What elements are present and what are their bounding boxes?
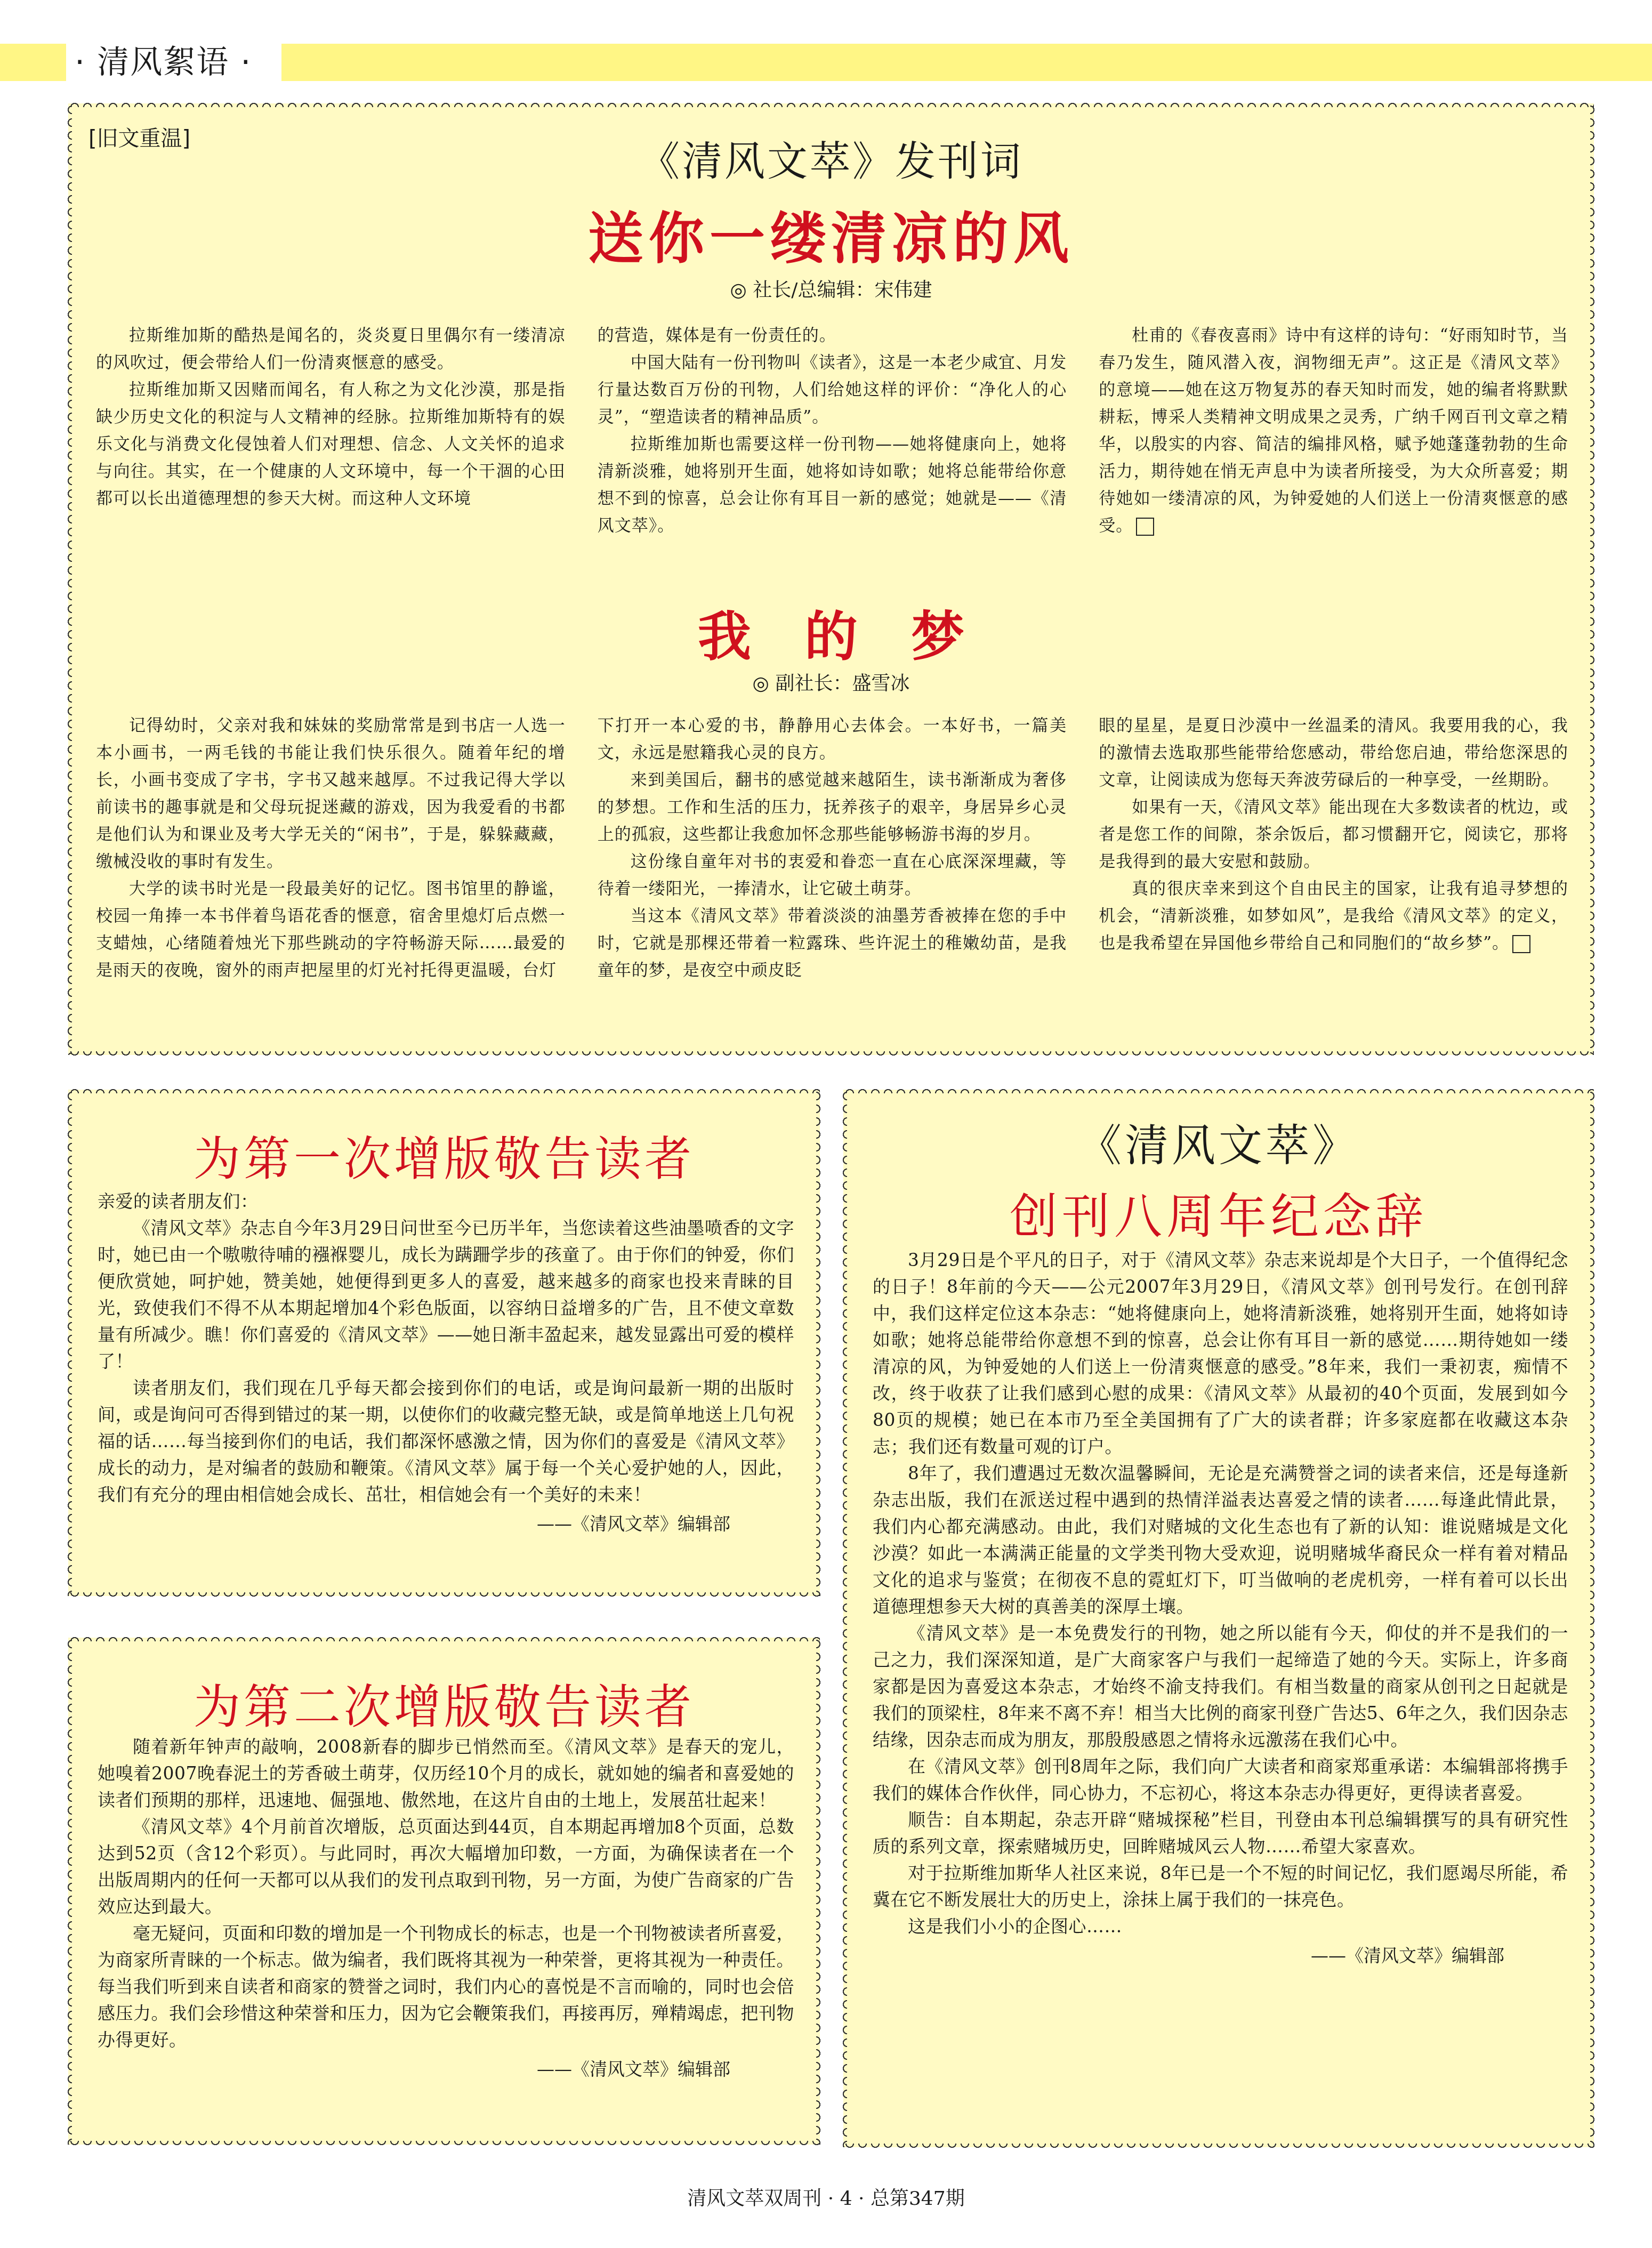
article1-body: 拉斯维加斯的酷热是闻名的，炎炎夏日里偶尔有一缕清凉的风吹过，便会带给人们一份清爽… xyxy=(96,322,1568,539)
section-label: · 清风絮语 · xyxy=(75,42,252,83)
paragraph: 3月29日是个平凡的日子，对于《清风文萃》杂志来说却是个大日子，一个值得纪念的日… xyxy=(873,1247,1568,1460)
paragraph: 在《清风文萃》创刊8周年之际，我们向广大读者和商家郑重承诺：本编辑部将携手我们的… xyxy=(873,1753,1568,1807)
paragraph: 读者朋友们，我们现在几乎每天都会接到你们的电话，或是询问最新一期的出版时间，或是… xyxy=(98,1375,794,1508)
article2-column-2: 下打开一本心爱的书，静静用心去体会。一本好书，一篇美文，永远是慰籍我心灵的良方。… xyxy=(598,712,1067,984)
paragraph: 拉斯维加斯又因赌而闻名，有人称之为文化沙漠，那是指缺少历史文化的积淀与人文精神的… xyxy=(96,376,566,512)
signature: ——《清风文萃》编辑部 xyxy=(98,2053,794,2085)
paragraph: 8年了，我们遭遇过无数次温馨瞬间，无论是充满赞誉之词的读者来信，还是每逢新杂志出… xyxy=(873,1460,1568,1620)
paragraph: 这是我们小小的企图心…… xyxy=(873,1913,1568,1940)
paragraph: 《清风文萃》是一本免费发行的刊物，她之所以能有今天，仰仗的并不是我们的一己之力，… xyxy=(873,1620,1568,1753)
paragraph: 拉斯维加斯的酷热是闻名的，炎炎夏日里偶尔有一缕清凉的风吹过，便会带给人们一份清爽… xyxy=(96,322,566,376)
anniversary-panel: 《清风文萃》 创刊八周年纪念辞 3月29日是个平凡的日子，对于《清风文萃》杂志来… xyxy=(843,1090,1594,2147)
paragraph: 拉斯维加斯也需要这样一份刊物——她将健康向上，她将清新淡雅，她将别开生面，她将如… xyxy=(598,431,1067,539)
second-notice-body: 随着新年钟声的敲响，2008新春的脚步已悄然而至。《清风文萃》是春天的宠儿，她嗅… xyxy=(98,1734,794,2085)
second-notice-title: 为第二次增版敬告读者 xyxy=(68,1670,820,1737)
article1-title: 送你一缕清凉的风 xyxy=(68,194,1594,274)
paragraph: 随着新年钟声的敲响，2008新春的脚步已悄然而至。《清风文萃》是春天的宠儿，她嗅… xyxy=(98,1734,794,1814)
article1-kicker: 《清风文萃》发刊词 xyxy=(68,129,1594,187)
first-notice-body: 亲爱的读者朋友们： 《清风文萃》杂志自今年3月29日问世至今已历半年，当您读着这… xyxy=(98,1188,794,1540)
article2-title: 我 的 梦 xyxy=(68,594,1594,671)
paragraph: 真的很庆幸来到这个自由民主的国家，让我有追寻梦想的机会，“清新淡雅，如梦如风”，… xyxy=(1099,875,1568,957)
paragraph: 记得幼时，父亲对我和妹妹的奖励常常是到书店一人选一本小画书，一两毛钱的书能让我们… xyxy=(96,712,566,875)
article2-body: 记得幼时，父亲对我和妹妹的奖励常常是到书店一人选一本小画书，一两毛钱的书能让我们… xyxy=(96,712,1568,984)
paragraph: 来到美国后，翻书的感觉越来越陌生，读书渐渐成为奢侈的梦想。工作和生活的压力，抚养… xyxy=(598,767,1067,848)
paragraph-text: 真的很庆幸来到这个自由民主的国家，让我有追寻梦想的机会，“清新淡雅，如梦如风”，… xyxy=(1099,879,1568,953)
article2-byline: ◎ 副社长：盛雪冰 xyxy=(68,668,1594,696)
end-mark-icon xyxy=(1512,935,1530,953)
wavy-border-left xyxy=(840,1090,847,2147)
paragraph: 杜甫的《春夜喜雨》诗中有这样的诗句：“好雨知时节，当春乃发生，随风潜入夜，润物细… xyxy=(1099,322,1568,539)
anniversary-kicker: 《清风文萃》 xyxy=(843,1111,1594,1173)
anniversary-body: 3月29日是个平凡的日子，对于《清风文萃》杂志来说却是个大日子，一个值得纪念的日… xyxy=(873,1247,1568,1972)
paragraph: 大学的读书时光是一段最美好的记忆。图书馆里的静谧，校园一角捧一本书伴着鸟语花香的… xyxy=(96,875,566,984)
paragraph: 毫无疑问，页面和印数的增加是一个刊物成长的标志，也是一个刊物被读者所喜爱，为商家… xyxy=(98,1920,794,2053)
article1-column-1: 拉斯维加斯的酷热是闻名的，炎炎夏日里偶尔有一缕清凉的风吹过，便会带给人们一份清爽… xyxy=(96,322,566,539)
first-notice-title: 为第一次增版敬告读者 xyxy=(68,1122,820,1189)
paragraph: 当这本《清风文萃》带着淡淡的油墨芳香被捧在您的手中时，它就是那棵还带着一粒露珠、… xyxy=(598,903,1067,984)
anniversary-title: 创刊八周年纪念辞 xyxy=(843,1178,1594,1247)
reprint-panel: [旧文重温] 《清风文萃》发刊词 送你一缕清凉的风 ◎ 社长/总编辑：宋伟建 拉… xyxy=(68,103,1594,1055)
paragraph: 如果有一天，《清风文萃》能出现在大多数读者的枕边，或者是您工作的间隙，茶余饭后，… xyxy=(1099,794,1568,875)
paragraph: 顺告：自本期起，杂志开辟“赌城探秘”栏目，刊登由本刊总编辑撰写的具有研究性质的系… xyxy=(873,1807,1568,1860)
second-expansion-notice: 为第二次增版敬告读者 随着新年钟声的敲响，2008新春的脚步已悄然而至。《清风文… xyxy=(68,1638,820,2145)
article1-byline: ◎ 社长/总编辑：宋伟建 xyxy=(68,275,1594,302)
signature: ——《清风文萃》编辑部 xyxy=(98,1508,794,1540)
article1-column-2: 的营造，媒体是有一份责任的。 中国大陆有一份刊物叫《读者》，这是一本老少咸宜、月… xyxy=(598,322,1067,539)
paragraph: 中国大陆有一份刊物叫《读者》，这是一本老少咸宜、月发行量达数百万份的刊物，人们给… xyxy=(598,349,1067,431)
paragraph-text: 杜甫的《春夜喜雨》诗中有这样的诗句：“好雨知时节，当春乃发生，随风潜入夜，润物细… xyxy=(1099,326,1568,535)
paragraph: 眼的星星，是夏日沙漠中一丝温柔的清风。我要用我的心，我的激情去选取那些能带给您感… xyxy=(1099,712,1568,794)
paragraph: 的营造，媒体是有一份责任的。 xyxy=(598,322,1067,349)
signature: ——《清风文萃》编辑部 xyxy=(873,1940,1568,1972)
first-expansion-notice: 为第一次增版敬告读者 亲爱的读者朋友们： 《清风文萃》杂志自今年3月29日问世至… xyxy=(68,1090,820,1596)
article1-column-3: 杜甫的《春夜喜雨》诗中有这样的诗句：“好雨知时节，当春乃发生，随风潜入夜，润物细… xyxy=(1099,322,1568,539)
article2-column-3: 眼的星星，是夏日沙漠中一丝温柔的清风。我要用我的心，我的激情去选取那些能带给您感… xyxy=(1099,712,1568,984)
paragraph: 《清风文萃》杂志自今年3月29日问世至今已历半年，当您读着这些油墨喷香的文字时，… xyxy=(98,1215,794,1375)
salutation: 亲爱的读者朋友们： xyxy=(98,1188,794,1215)
end-mark-icon xyxy=(1136,518,1154,536)
paragraph: 下打开一本心爱的书，静静用心去体会。一本好书，一篇美文，永远是慰籍我心灵的良方。 xyxy=(598,712,1067,767)
wavy-border-right xyxy=(1590,1090,1598,2147)
paragraph: 这份缘自童年对书的衷爱和眷恋一直在心底深深埋藏，等待着一缕阳光，一捧清水，让它破… xyxy=(598,848,1067,903)
article2-column-1: 记得幼时，父亲对我和妹妹的奖励常常是到书店一人选一本小画书，一两毛钱的书能让我们… xyxy=(96,712,566,984)
paragraph: 《清风文萃》4个月前首次增版，总页面达到44页，自本期起再增加8个页面，总数达到… xyxy=(98,1814,794,1920)
page-footer: 清风文萃双周刊 · 4 · 总第347期 xyxy=(0,2183,1652,2211)
paragraph: 对于拉斯维加斯华人社区来说，8年已是一个不短的时间记忆，我们愿竭尽所能，希冀在它… xyxy=(873,1860,1568,1913)
